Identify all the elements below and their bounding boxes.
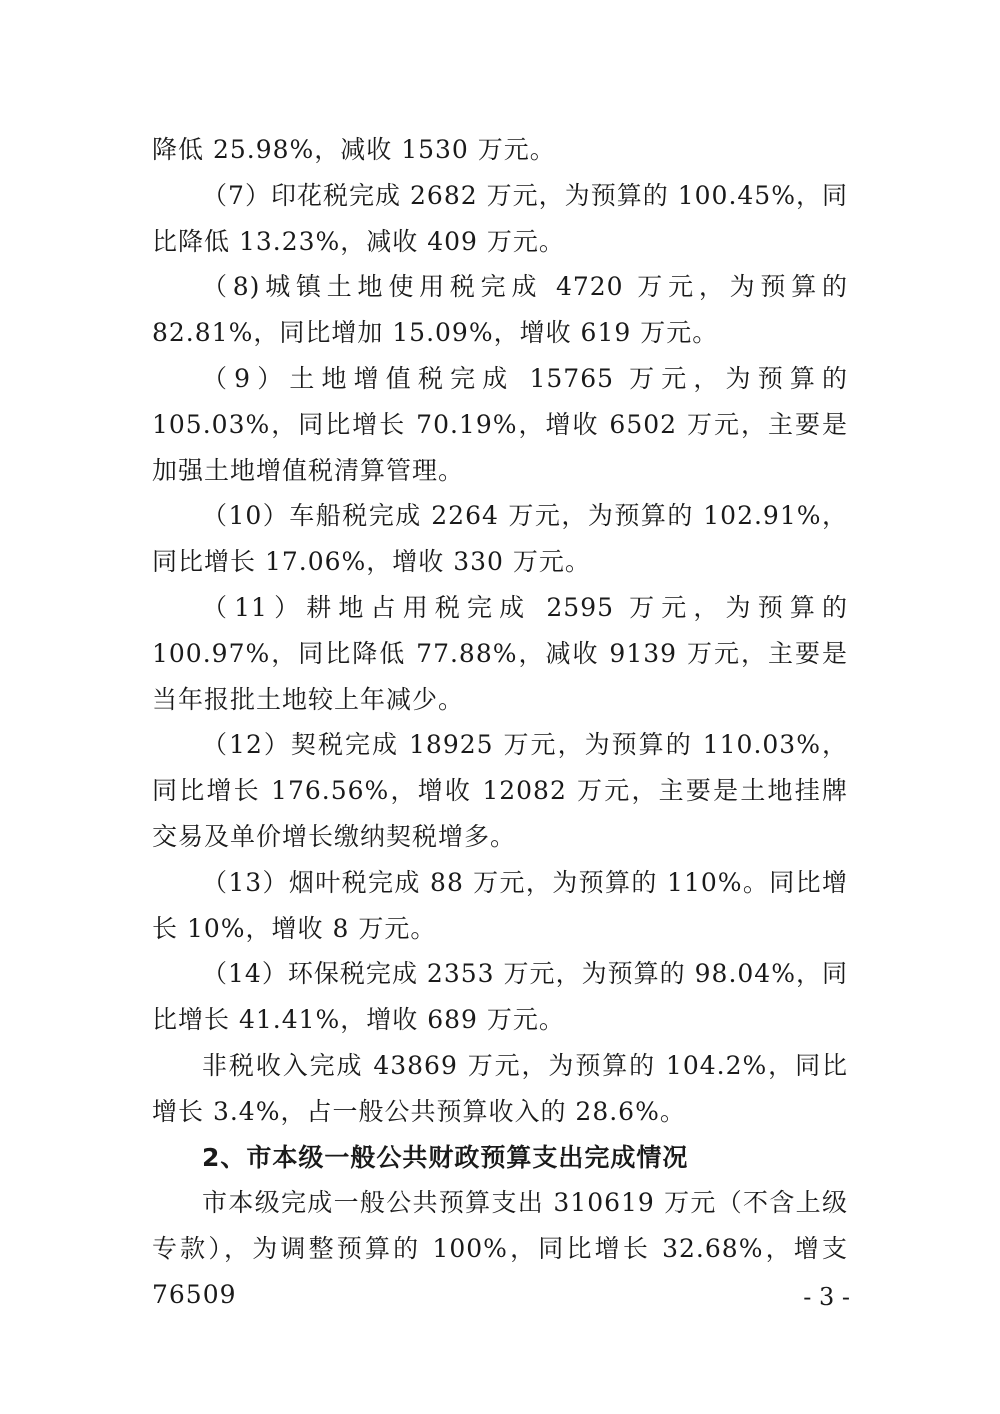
- paragraph-tobacco-tax: （13）烟叶税完成 88 万元，为预算的 110%。同比增长 10%，增收 8 …: [152, 860, 848, 952]
- paragraph-environmental-tax: （14）环保税完成 2353 万元，为预算的 98.04%，同比增长 41.41…: [152, 951, 848, 1043]
- page-number: - 3 -: [803, 1283, 850, 1311]
- paragraph-land-value-added-tax: （9）土地增值税完成 15765 万元，为预算的 105.03%，同比增长 70…: [152, 356, 848, 493]
- paragraph-farmland-occupation-tax: （11）耕地占用税完成 2595 万元，为预算的 100.97%，同比降低 77…: [152, 585, 848, 722]
- section-heading: 2、市本级一般公共财政预算支出完成情况: [152, 1135, 848, 1181]
- paragraph-continuation: 降低 25.98%，减收 1530 万元。: [152, 127, 848, 173]
- paragraph-vehicle-vessel-tax: （10）车船税完成 2264 万元，为预算的 102.91%，同比增长 17.0…: [152, 493, 848, 585]
- paragraph-expenditure: 市本级完成一般公共预算支出 310619 万元（不含上级专款），为调整预算的 1…: [152, 1180, 848, 1317]
- paragraph-urban-land-use-tax: （8)城镇土地使用税完成 4720 万元，为预算的 82.81%，同比增加 15…: [152, 264, 848, 356]
- paragraph-stamp-tax: （7）印花税完成 2682 万元，为预算的 100.45%，同比降低 13.23…: [152, 173, 848, 265]
- paragraph-non-tax-revenue: 非税收入完成 43869 万元，为预算的 104.2%，同比增长 3.4%，占一…: [152, 1043, 848, 1135]
- document-body: 降低 25.98%，减收 1530 万元。 （7）印花税完成 2682 万元，为…: [152, 127, 848, 1318]
- paragraph-deed-tax: （12）契税完成 18925 万元，为预算的 110.03%，同比增长 176.…: [152, 722, 848, 859]
